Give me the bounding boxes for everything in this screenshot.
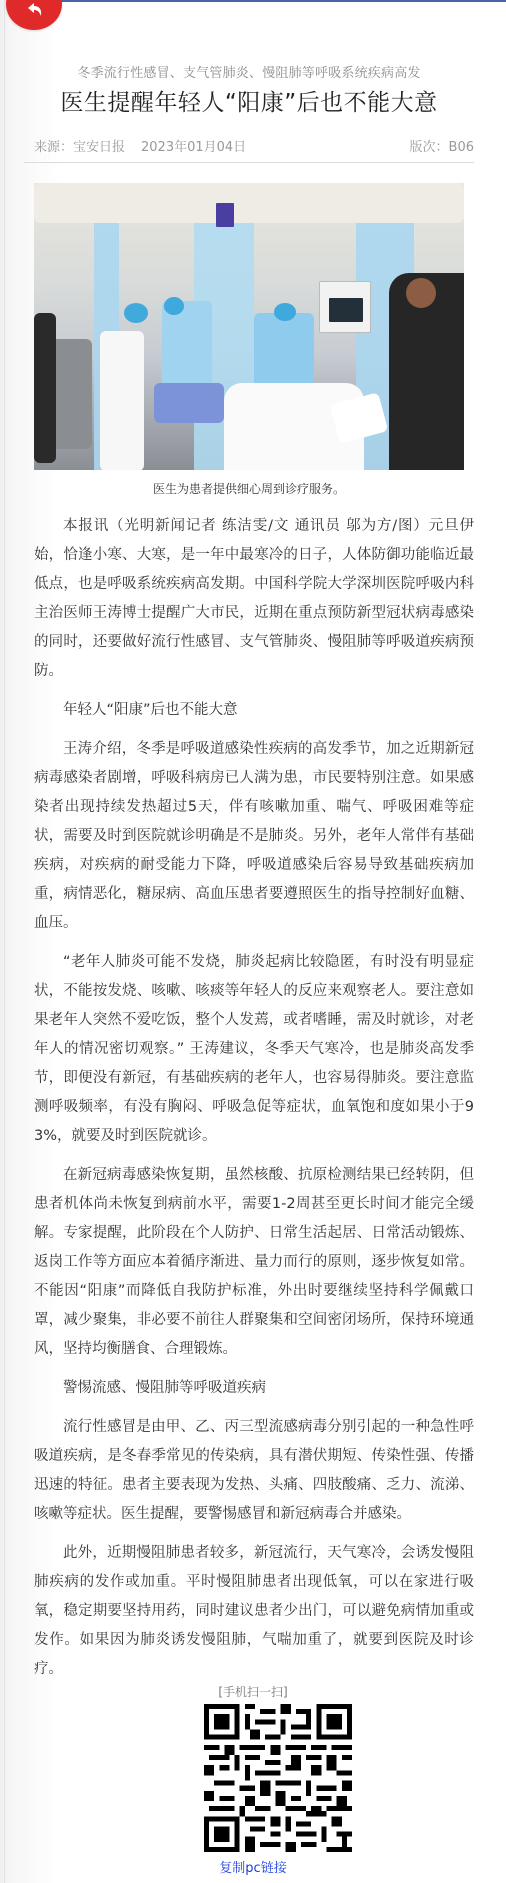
paragraph: 本报讯（光明新闻记者 练洁雯/文 通讯员 邬为方/图）元旦伊始，恰逢小寒、大寒，… — [34, 512, 474, 686]
top-bar — [0, 0, 506, 2]
left-edge-line — [4, 0, 5, 1883]
article-source: 来源：宝安日报 — [34, 136, 125, 155]
article-edition: 版次：B06 — [410, 136, 474, 155]
copy-pc-link[interactable]: 复制pc链接 — [0, 1857, 506, 1876]
meta-divider — [24, 162, 474, 163]
section-subhead: 警惕流感、慢阻肺等呼吸道疾病 — [34, 1374, 474, 1403]
article-subtitle: 冬季流行性感冒、支气管肺炎、慢阻肺等呼吸系统疾病高发 — [24, 62, 474, 81]
paragraph: 在新冠病毒感染恢复期，虽然核酸、抗原检测结果已经转阴，但患者机体尚未恢复到病前水… — [34, 1161, 474, 1364]
paragraph: 王涛介绍，冬季是呼吸道感染性疾病的高发季节，加之近期新冠病毒感染者剧增，呼吸科病… — [34, 735, 474, 938]
article-body: 本报讯（光明新闻记者 练洁雯/文 通讯员 邬为方/图）元旦伊始，恰逢小寒、大寒，… — [34, 512, 474, 1694]
article-photo — [34, 183, 464, 470]
paragraph: “老年人肺炎可能不发烧，肺炎起病比较隐匿，有时没有明显症状，不能按发烧、咳嗽、咳… — [34, 948, 474, 1151]
back-arrow-icon — [26, 2, 44, 18]
paragraph: 流行性感冒是由甲、乙、丙三型流感病毒分别引起的一种急性呼吸道疾病，是冬春季常见的… — [34, 1413, 474, 1529]
photo-caption: 医生为患者提供细心周到诊疗服务。 — [24, 480, 474, 497]
qr-code-icon[interactable] — [204, 1703, 352, 1853]
qr-label: [手机扫一扫] — [0, 1683, 506, 1700]
paragraph: 此外，近期慢阻肺患者较多，新冠流行，天气寒冷，会诱发慢阻肺疾病的发作或加重。平时… — [34, 1539, 474, 1684]
section-subhead: 年轻人“阳康”后也不能大意 — [34, 696, 474, 725]
article-title: 医生提醒年轻人“阳康”后也不能大意 — [24, 84, 474, 117]
article-date: 2023年01月04日 — [141, 136, 246, 155]
